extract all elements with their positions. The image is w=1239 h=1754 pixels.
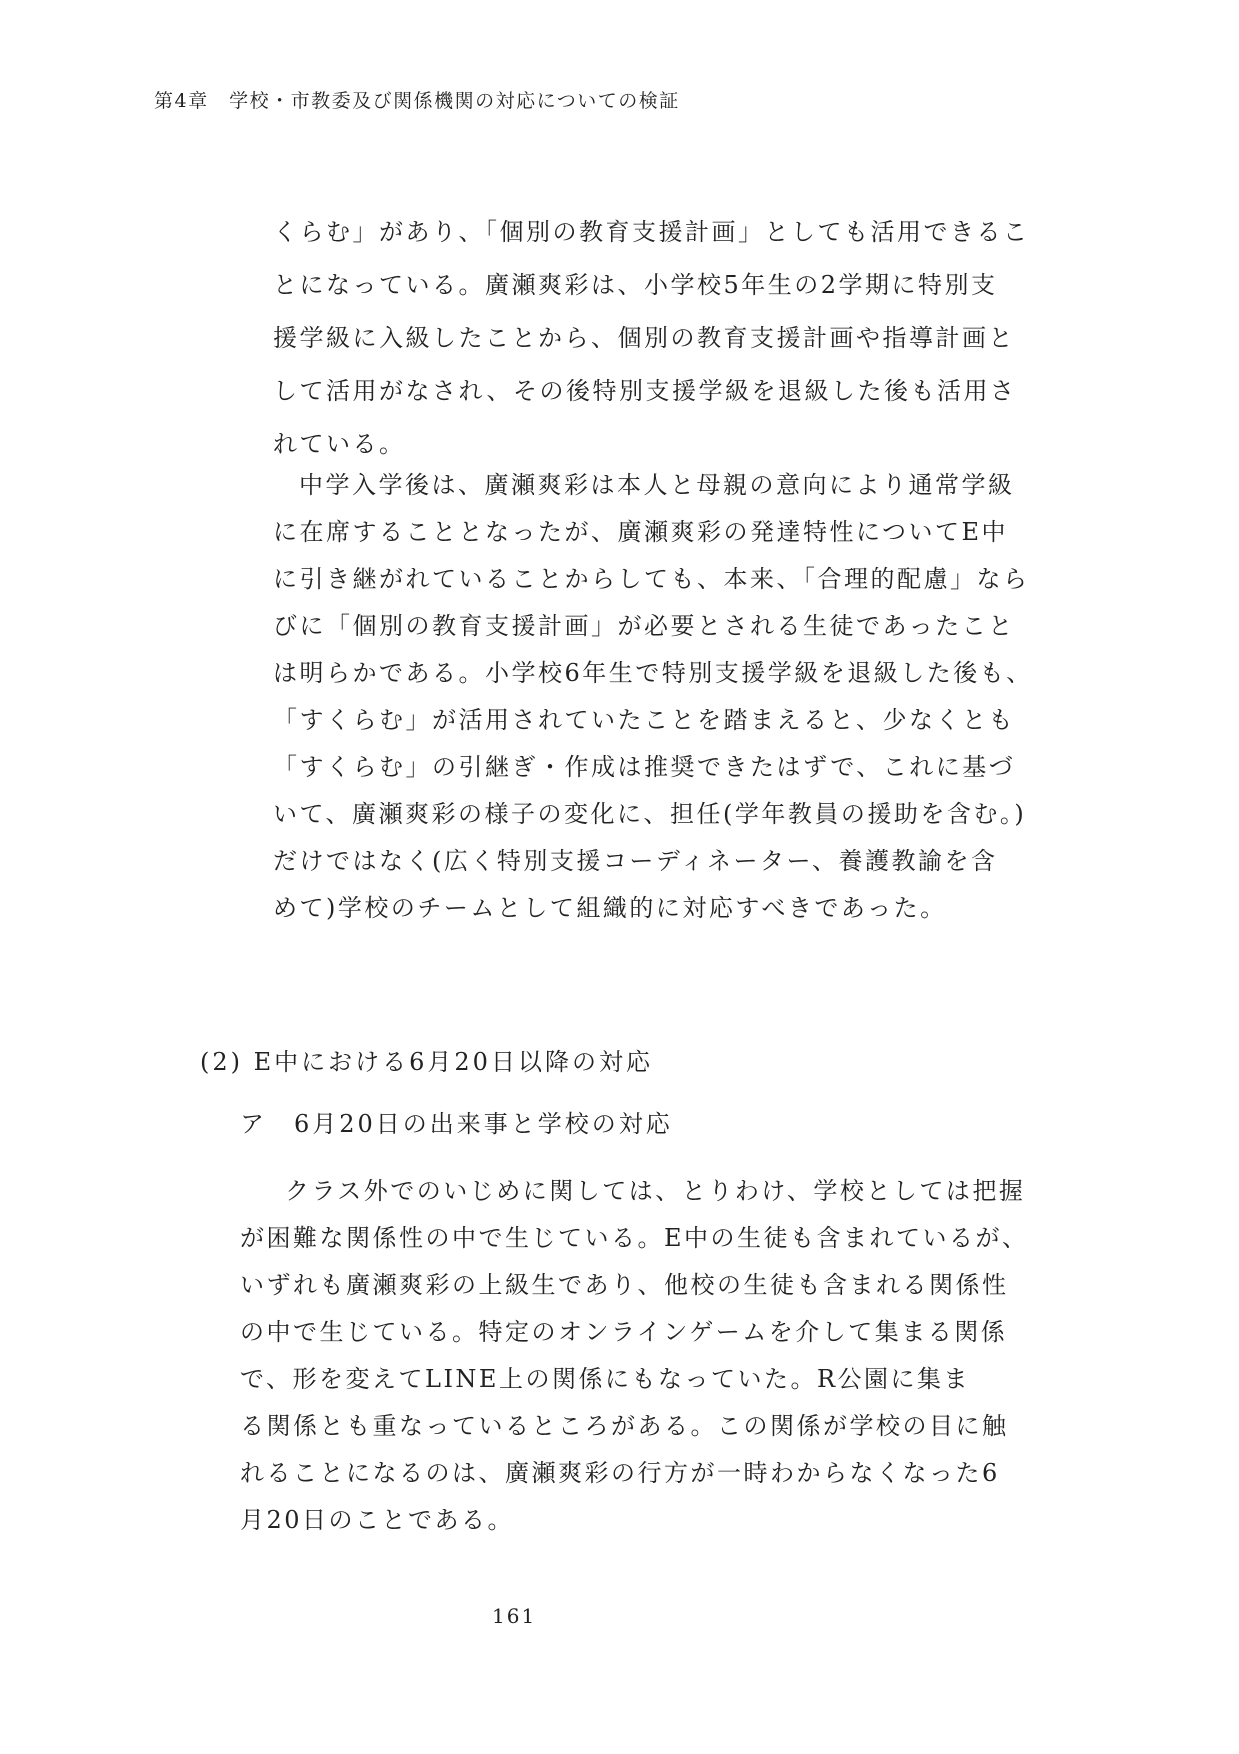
- section-heading: (2) E中における6月20日以降の対応: [200, 1042, 653, 1077]
- text-line: の中で生じている。特定のオンラインゲームを介して集まる関係: [240, 1309, 1070, 1356]
- text-line: びに「個別の教育支援計画」が必要とされる生徒であったこと: [273, 603, 1083, 650]
- page-number: 161: [492, 1604, 536, 1628]
- text-line: に引き継がれていることからしても、本来、「合理的配慮」なら: [273, 556, 1083, 603]
- text-line: だけではなく(広く特別支援コーディネーター、養護教諭を含: [273, 838, 1083, 885]
- text-line: 援学級に入級したことから、個別の教育支援計画や指導計画と: [273, 312, 1083, 365]
- paragraph-junior-high-entry: 中学入学後は、廣瀬爽彩は本人と母親の意向により通常学級に在席することとなったが、…: [273, 462, 1083, 932]
- text-line: れることになるのは、廣瀬爽彩の行方が一時わからなくなった6: [240, 1450, 1070, 1497]
- paragraph-support-plan: くらむ」があり、「個別の教育支援計画」としても活用できることになっている。廣瀬爽…: [273, 206, 1083, 471]
- text-line: とになっている。廣瀬爽彩は、小学校5年生の2学期に特別支: [273, 259, 1083, 312]
- text-line: が困難な関係性の中で生じている。E中の生徒も含まれているが、: [240, 1215, 1070, 1262]
- text-line: に在席することとなったが、廣瀬爽彩の発達特性についてE中: [273, 509, 1083, 556]
- text-line: で、形を変えてLINE上の関係にもなっていた。R公園に集ま: [240, 1356, 1070, 1403]
- text-line: めて)学校のチームとして組織的に対応すべきであった。: [273, 885, 1083, 932]
- text-line: いずれも廣瀬爽彩の上級生であり、他校の生徒も含まれる関係性: [240, 1262, 1070, 1309]
- document-page: 第4章 学校・市教委及び関係機関の対応についての検証 くらむ」があり、「個別の教…: [0, 0, 1239, 1754]
- text-line: して活用がなされ、その後特別支援学級を退級した後も活用さ: [273, 365, 1083, 418]
- text-line: いて、廣瀬爽彩の様子の変化に、担任(学年教員の援助を含む。): [273, 791, 1083, 838]
- text-line: 月20日のことである。: [240, 1497, 1070, 1544]
- text-line: 中学入学後は、廣瀬爽彩は本人と母親の意向により通常学級: [273, 462, 1083, 509]
- text-line: る関係とも重なっているところがある。この関係が学校の目に触: [240, 1403, 1070, 1450]
- text-line: 「すくらむ」の引継ぎ・作成は推奨できたはずで、これに基づ: [273, 744, 1083, 791]
- text-line: くらむ」があり、「個別の教育支援計画」としても活用できるこ: [273, 206, 1083, 259]
- paragraph-june-20-events: クラス外でのいじめに関しては、とりわけ、学校としては把握が困難な関係性の中で生じ…: [240, 1168, 1070, 1544]
- subsection-heading: ア 6月20日の出来事と学校の対応: [240, 1104, 673, 1139]
- text-line: は明らかである。小学校6年生で特別支援学級を退級した後も、: [273, 650, 1083, 697]
- text-line: 「すくらむ」が活用されていたことを踏まえると、少なくとも: [273, 697, 1083, 744]
- chapter-header: 第4章 学校・市教委及び関係機関の対応についての検証: [154, 86, 680, 113]
- text-line: クラス外でのいじめに関しては、とりわけ、学校としては把握: [240, 1168, 1070, 1215]
